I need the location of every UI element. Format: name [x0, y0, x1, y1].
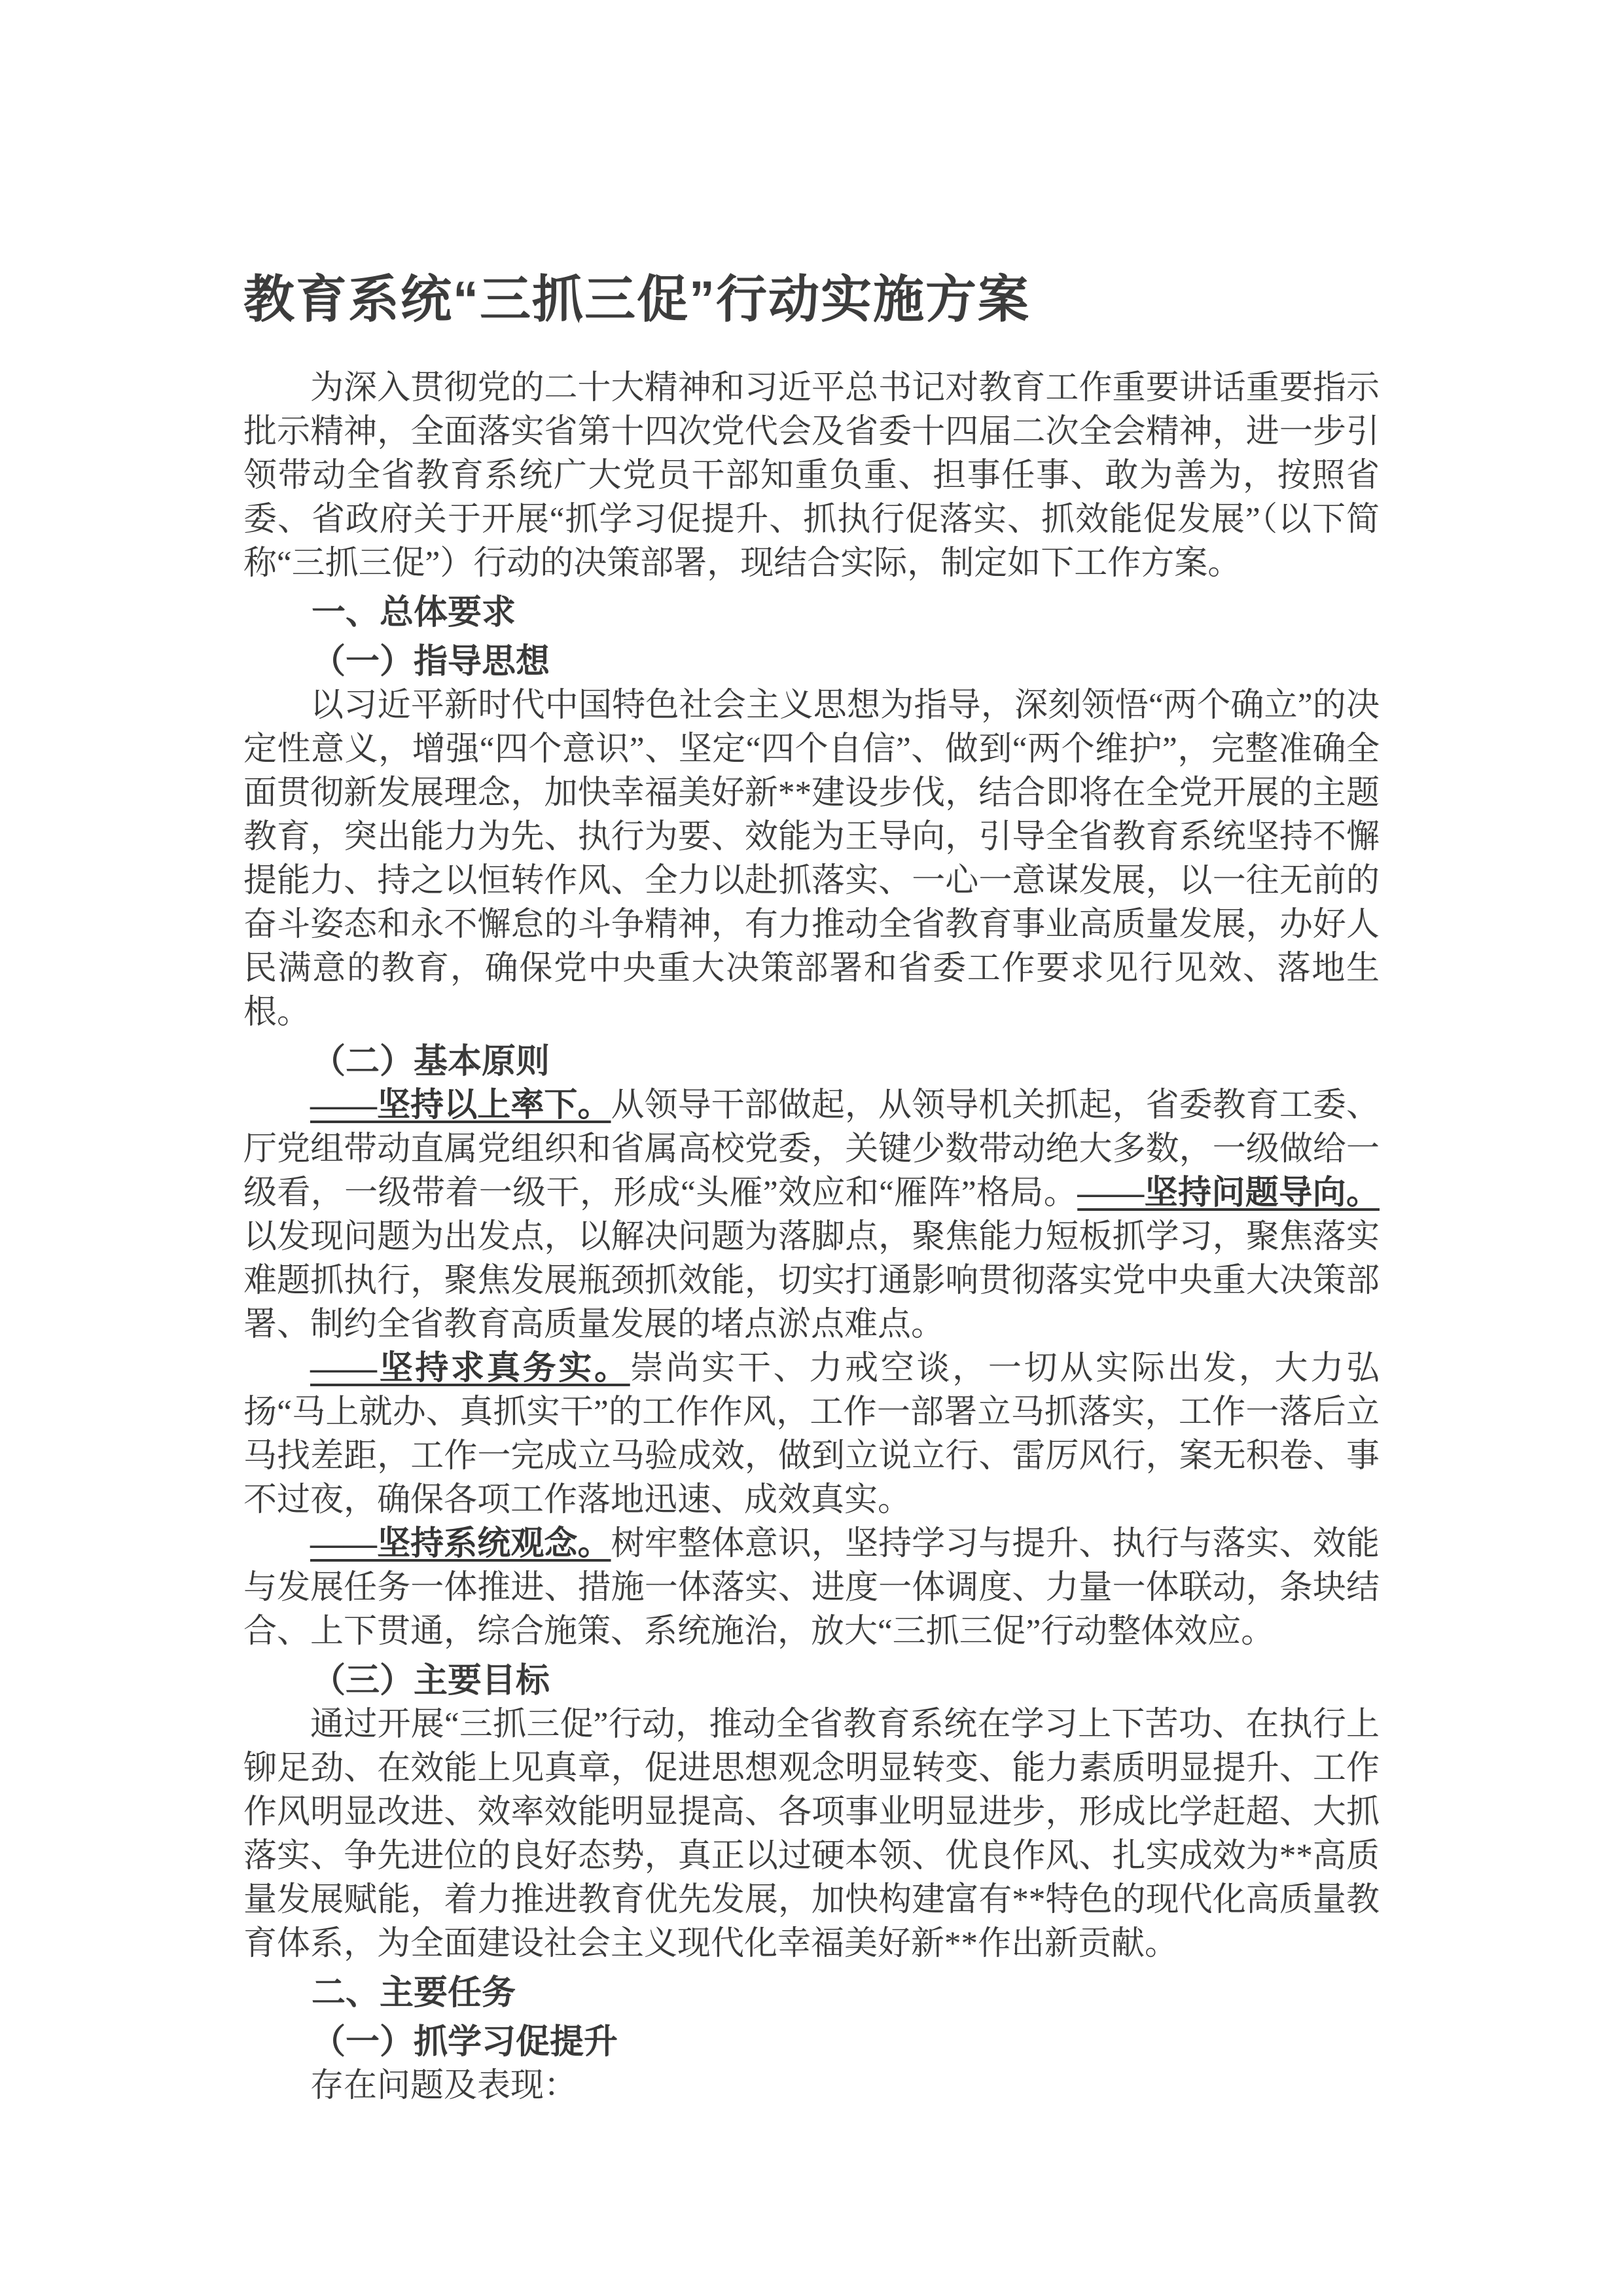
paragraph-principle-systems-thinking: ——坚持系统观念。树牢整体意识，坚持学习与提升、执行与落实、效能与发展任务一体推… — [243, 1522, 1380, 1654]
paragraph-problems-and-manifestations: 存在问题及表现： — [243, 2064, 1380, 2108]
text-run: 为深入贯彻党的二十大精神和习近平总书记对教育工作重要讲话重要指示批示精神，全面落… — [243, 370, 1380, 582]
emphasis-run: ——坚持求真务实。 — [310, 1350, 630, 1387]
emphasis-run: ——坚持系统观念。 — [310, 1526, 611, 1562]
document-page: 教育系统“三抓三促”行动实施方案 为深入贯彻党的二十大精神和习近平总书记对教育工… — [0, 0, 1623, 2296]
heading-main-goals: （三）主要目标 — [243, 1659, 1380, 1703]
paragraph-principle-pragmatism: ——坚持求真务实。崇尚实干、力戒空谈，一切从实际出发，大力弘扬“马上就办、真抓实… — [243, 1347, 1380, 1522]
emphasis-run: ——坚持以上率下。 — [310, 1087, 611, 1124]
text-run: 以发现问题为出发点，以解决问题为落脚点，聚焦能力短板抓学习，聚焦落实难题抓执行，… — [243, 1219, 1380, 1343]
paragraph-main-goals: 通过开展“三抓三促”行动，推动全省教育系统在学习上下苦功、在执行上铆足劲、在效能… — [243, 1703, 1380, 1966]
heading-main-tasks: 二、主要任务 — [243, 1971, 1380, 2015]
document-title: 教育系统“三抓三促”行动实施方案 — [243, 270, 1380, 329]
heading-overall-requirements: 一、总体要求 — [243, 591, 1380, 635]
text-run: 通过开展“三抓三促”行动，推动全省教育系统在学习上下苦功、在执行上铆足劲、在效能… — [243, 1706, 1380, 1962]
heading-guiding-ideology: （一）指导思想 — [243, 640, 1380, 684]
heading-grasp-learning-promote-improvement: （一）抓学习促提升 — [243, 2020, 1380, 2064]
paragraph-principle-lead-by-example: ——坚持以上率下。从领导干部做起，从领导机关抓起，省委教育工委、厅党组带动直属党… — [243, 1084, 1380, 1347]
text-run: 存在问题及表现： — [310, 2068, 577, 2104]
heading-basic-principles: （二）基本原则 — [243, 1040, 1380, 1084]
emphasis-run: ——坚持问题导向。 — [1077, 1175, 1380, 1211]
paragraph-guiding-ideology: 以习近平新时代中国特色社会主义思想为指导，深刻领悟“两个确立”的决定性意义，增强… — [243, 684, 1380, 1035]
paragraph-intro: 为深入贯彻党的二十大精神和习近平总书记对教育工作重要讲话重要指示批示精神，全面落… — [243, 367, 1380, 586]
text-run: 以习近平新时代中国特色社会主义思想为指导，深刻领悟“两个确立”的决定性意义，增强… — [243, 687, 1380, 1031]
